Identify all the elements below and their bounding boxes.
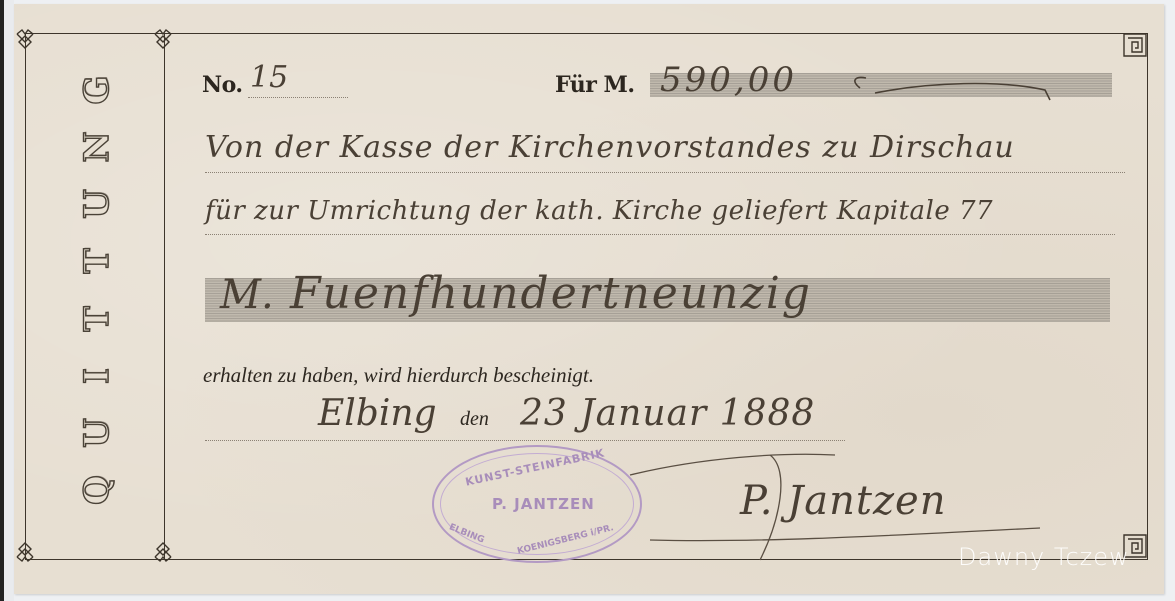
signature-flourish [0, 0, 1175, 601]
watermark: Dawny Tczew [958, 543, 1130, 571]
